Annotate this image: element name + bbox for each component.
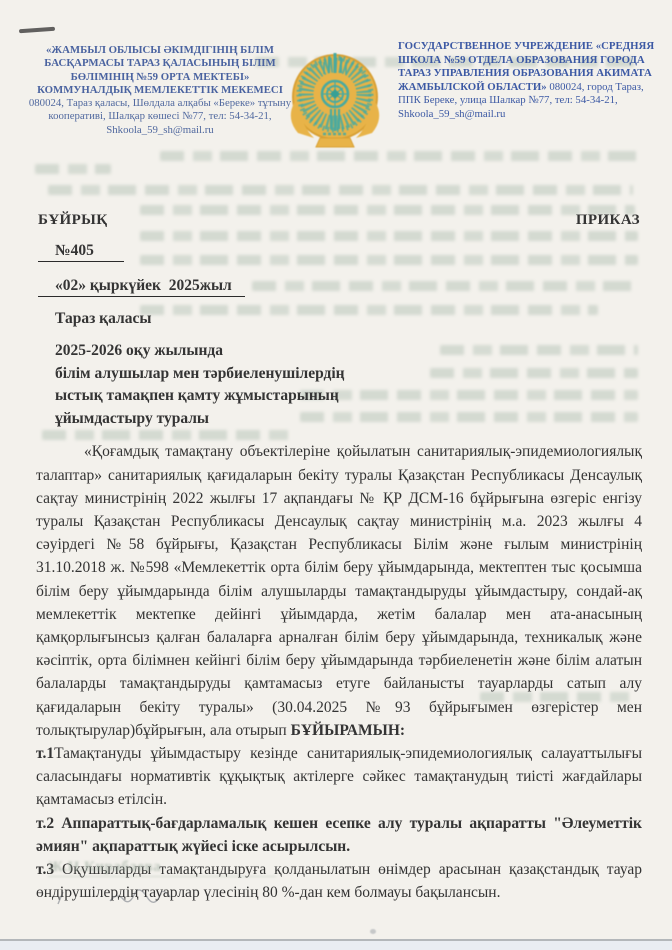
order-date: «02» қыркүйек 2025жыл: [38, 277, 245, 297]
order-label-kazakh: БҰЙРЫҚ: [38, 212, 108, 229]
scanned-order-document: «ЖАМБЫЛ ОБЛЫСЫ ӘКІМДІГІНІҢ БІЛІМ БАСҚАРМ…: [0, 0, 672, 950]
order-body: БҰЙРЫҚ ПРИКАЗ №405 «02» қыркүйек 2025жыл…: [36, 212, 642, 904]
bleedthrough-artifact: [35, 164, 111, 174]
order-number-row: №405: [36, 229, 642, 262]
order-label-russian: ПРИКАЗ: [576, 212, 640, 229]
bleedthrough-artifact: [160, 151, 638, 161]
subject-line: 2025-2026 оқу жылында: [55, 340, 642, 363]
order-item-1: т.1Тамақтануды ұйымдастыру кезінде санит…: [36, 742, 642, 812]
order-number: №405: [38, 242, 124, 262]
order-item-2: т.2 Аппараттық-бағдарламалық кешен есепк…: [36, 812, 642, 858]
subject-line: ыстық тамақпен қамту жұмыстарының: [55, 385, 642, 408]
org-address-kk: 080024, Тараз қаласы, Шөлдала алқабы «Бе…: [29, 97, 291, 136]
order-subject: 2025-2026 оқу жылында білім алушылар мен…: [55, 340, 642, 430]
faint-signature-bleedthrough: Ж.Н.Кирабаева: [48, 859, 276, 877]
preamble-text: «Қоғамдық тамақтану объектілеріне қойыла…: [36, 443, 642, 738]
letterhead-right-russian: ГОСУДАРСТВЕННОЕ УЧРЕЖДЕНИЕ «СРЕДНЯЯ ШКОЛ…: [398, 40, 664, 122]
order-labels-row: БҰЙРЫҚ ПРИКАЗ: [36, 212, 642, 229]
pen-stroke-artifact: [19, 27, 55, 33]
resolve-word: БҰЙЫРАМЫН:: [291, 722, 405, 739]
item-number: т.2: [36, 815, 61, 832]
subject-line: ұйымдастыру туралы: [55, 408, 642, 431]
item-number: т.1: [36, 745, 54, 762]
preamble-paragraph: «Қоғамдық тамақтану объектілеріне қойыла…: [36, 440, 642, 742]
bleedthrough-artifact: [48, 185, 633, 195]
scanner-background-band: [0, 941, 672, 950]
kazakhstan-emblem-icon: [282, 45, 388, 155]
speck-artifact: [370, 929, 376, 934]
item-text: Аппараттық-бағдарламалық кешен есепке ал…: [36, 815, 642, 855]
org-name-kk: «ЖАМБЫЛ ОБЛЫСЫ ӘКІМДІГІНІҢ БІЛІМ БАСҚАРМ…: [37, 44, 283, 96]
letterhead-left-kazakh: «ЖАМБЫЛ ОБЛЫСЫ ӘКІМДІГІНІҢ БІЛІМ БАСҚАРМ…: [28, 44, 292, 137]
order-city: Тараз қаласы: [55, 310, 642, 328]
item-text: Тамақтануды ұйымдастыру кезінде санитари…: [36, 745, 642, 808]
order-date-row: «02» қыркүйек 2025жыл: [36, 262, 642, 297]
subject-line: білім алушылар мен тәрбиеленушілердің: [55, 363, 642, 386]
